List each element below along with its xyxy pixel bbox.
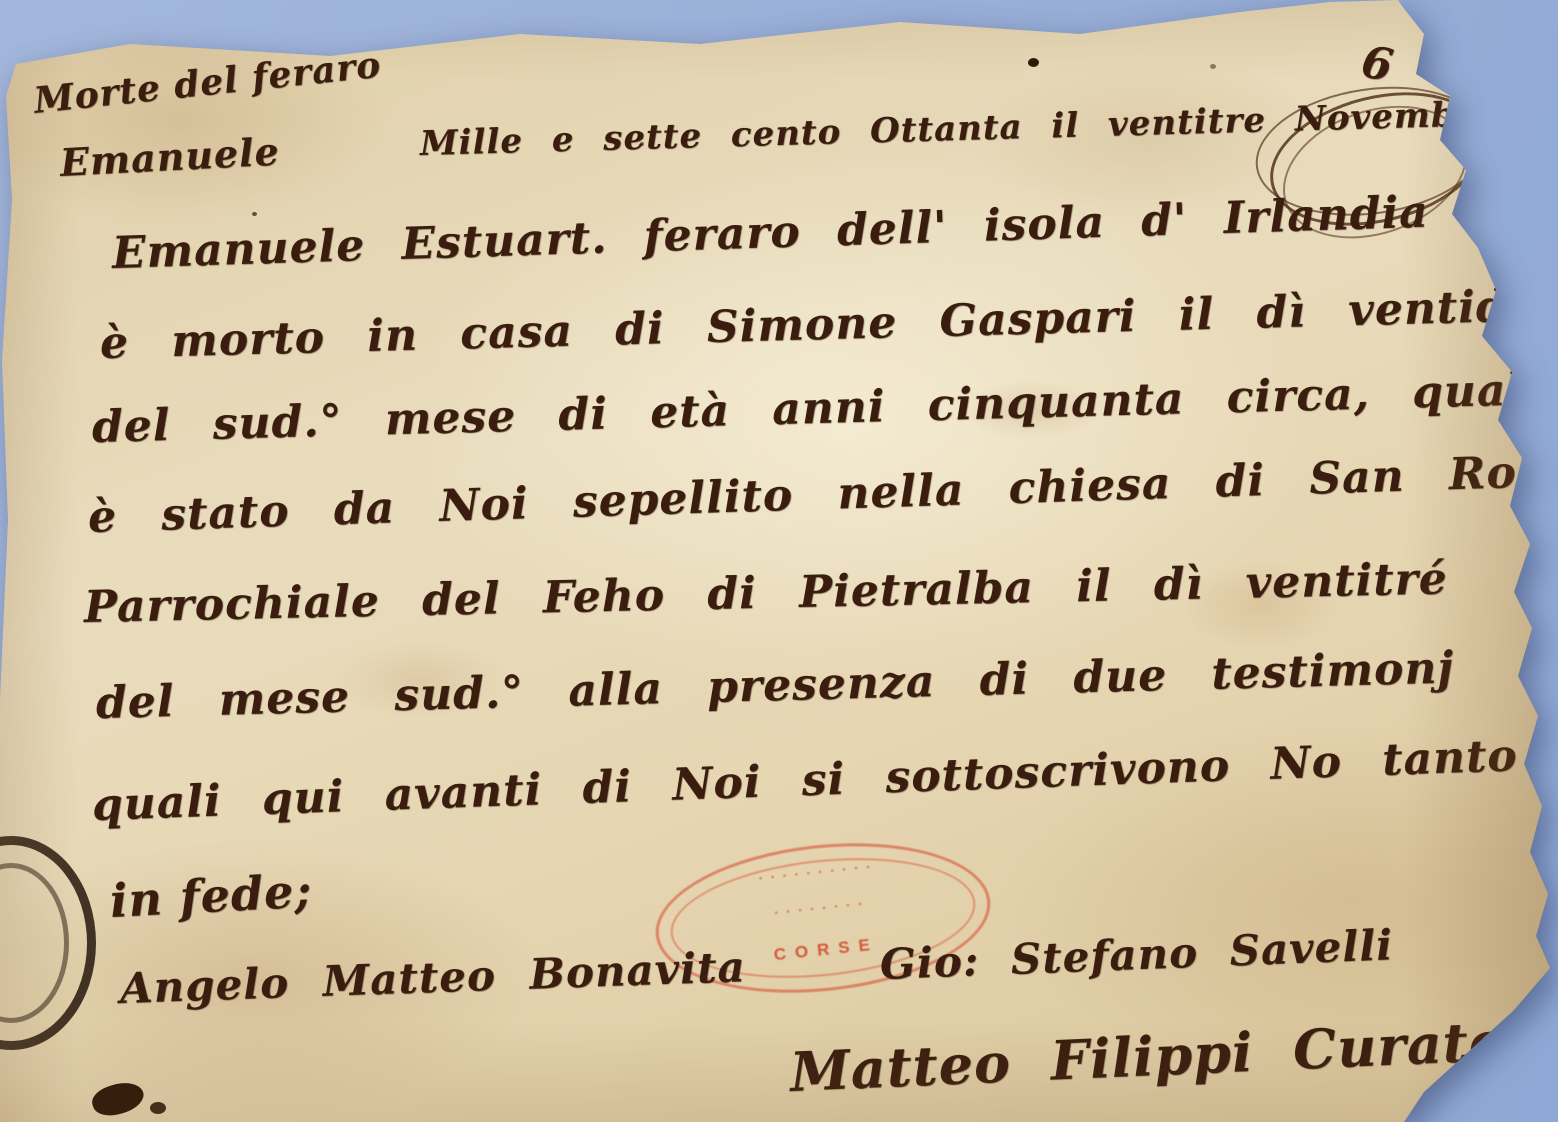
paper-shadow-wrap: 6 Morte del feraro Emanuele Mille e sett… [0,0,1558,1122]
body-line: Parrochiale del Feho di Pietralba il dì … [83,553,1448,633]
body-line-in-fede: in fede; [109,863,314,928]
body-line: Emanuele Estuart. feraro dell' isola d' … [111,180,1558,279]
body-line: è stato da Noi sepellito nella chiesa di… [87,445,1558,543]
ink-speck [1210,64,1216,69]
margin-note-line1: Morte del feraro [32,44,383,122]
margin-note-line2: Emanuele [59,129,281,185]
curate-signature-flourish: ò [1464,1062,1496,1113]
body-line: è morto in casa di Simone Gaspari il dì … [99,280,1558,369]
curate-signature: Matteo Filippi Curato [789,1009,1507,1104]
body-line: quali qui avanti di Noi si sottoscrivono… [91,730,1518,831]
body-line: del mese sud.° alla presenza di due test… [95,642,1455,729]
partial-seal-arc [0,836,96,1050]
ink-blot [1028,58,1039,67]
ink-speck [640,142,644,146]
ink-blot [89,1077,148,1122]
page-number: 6 [1358,36,1398,92]
witness-signature-1: Angelo Matteo Bonavita [119,942,746,1013]
photographed-manuscript-scene: 6 Morte del feraro Emanuele Mille e sett… [0,0,1558,1122]
ink-speck [252,212,257,216]
parchment-page: 6 Morte del feraro Emanuele Mille e sett… [0,0,1558,1122]
ink-speck [150,1102,166,1114]
body-line: del sud.° mese di età anni cinquanta cir… [91,364,1553,453]
